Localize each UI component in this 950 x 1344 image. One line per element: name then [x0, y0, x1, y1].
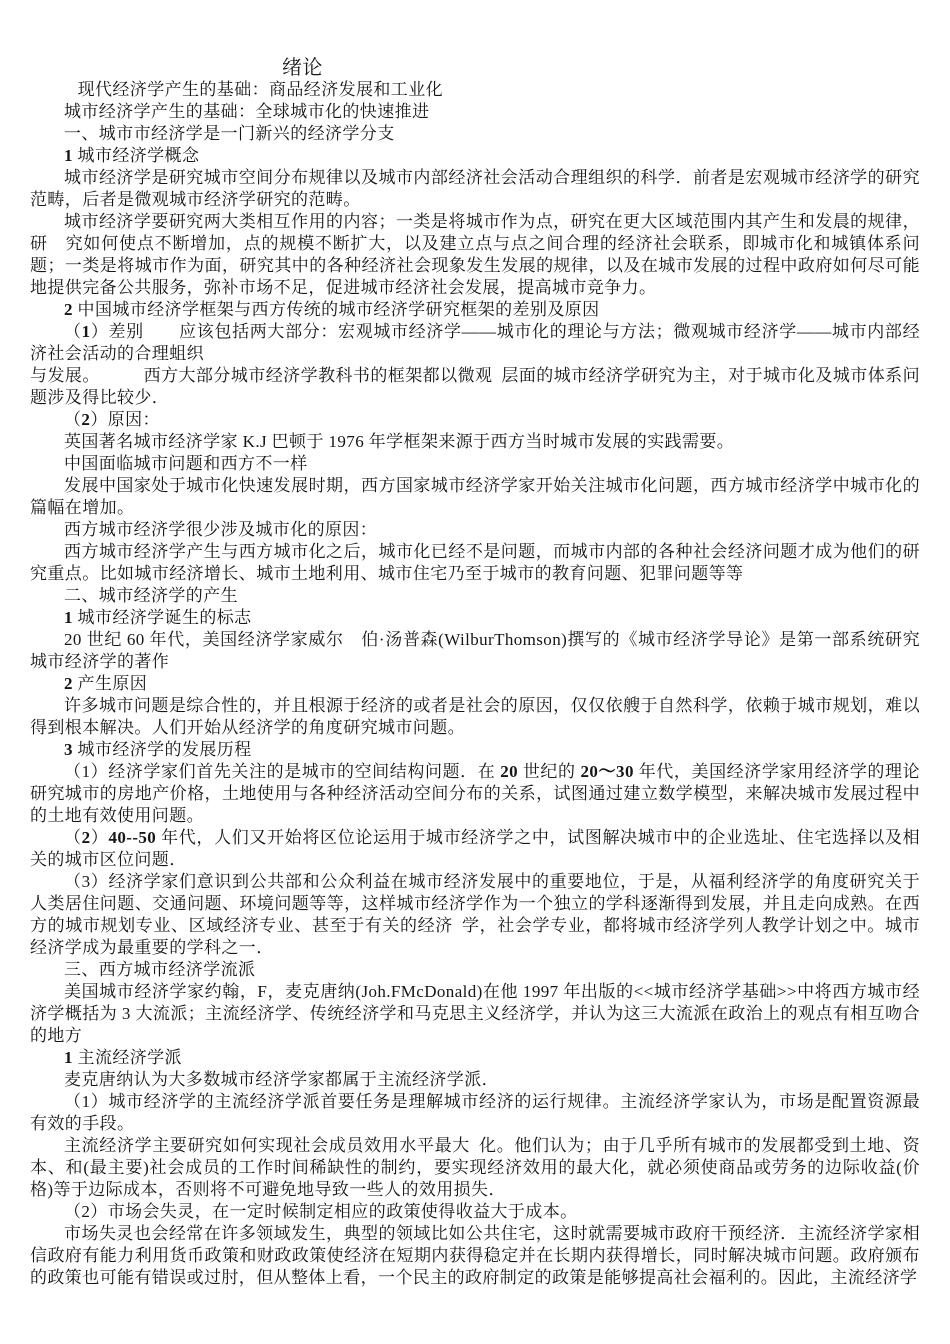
- paragraph: （2）40--50 年代，人们又开始将区位论运用于城市经济学之中，试图解决城市中…: [30, 827, 920, 871]
- text-run: 绪论: [282, 57, 323, 79]
- paragraph: 城市经济学要研究两大类相互作用的内容；一类是将城市作为点，研究在更大区域范围内其…: [30, 211, 920, 299]
- text-run: （1）经济学家们首先关注的是城市的空间结构问题．在: [64, 762, 500, 781]
- text-run: 中国城市经济学框架与西方传统的城市经济学研究框架的差别及原因: [73, 300, 600, 319]
- bold-text-run: 1: [64, 146, 73, 165]
- text-run: 年代，人们又开始将区位论运用于城市经济学之中，试图解决城市中的企业选址、住宅选择…: [30, 828, 920, 869]
- paragraph: 发展中国家处于城市化快速发展时期，西方国家城市经济学家开始关注城市化问题，西方城…: [30, 475, 920, 519]
- text-run: （: [64, 410, 81, 429]
- text-run: 西方城市经济学很少涉及城市化的原因：: [64, 520, 377, 539]
- text-run: 一、城市市经济学是一门新兴的经济学分支: [64, 124, 395, 143]
- text-run: 主流经济学派: [73, 1048, 182, 1067]
- paragraph: 英国著名城市经济学家 K.J 巴顿于 1976 年学框架来源于西方当时城市发展的…: [30, 431, 920, 453]
- paragraph: 城市经济学产生的基础：全球城市化的快速推进: [30, 101, 920, 123]
- text-run: ）原因：: [90, 410, 160, 429]
- section-heading: 3 城市经济学的发展历程: [30, 739, 920, 761]
- section-heading: 1 主流经济学派: [30, 1047, 920, 1069]
- text-run: （2）市场会失灵，在一定时候制定相应的政策使得收益大于成本。: [64, 1202, 578, 1221]
- paragraph: 市场失灵也会经常在许多领域发生，典型的领域比如公共住宅，这时就需要城市政府干预经…: [30, 1223, 920, 1289]
- section-heading: 2 产生原因: [30, 673, 920, 695]
- text-run: 产生原因: [73, 674, 147, 693]
- paragraph: 许多城市问题是综合性的，并且根源于经济的或者是社会的原因，仅仅依艘于自然科学，依…: [30, 695, 920, 739]
- paragraph: （2）市场会失灵，在一定时候制定相应的政策使得收益大于成本。: [30, 1201, 920, 1223]
- paragraph: 中国面临城市问题和西方不一样: [30, 453, 920, 475]
- paragraph: 西方城市经济学很少涉及城市化的原因：: [30, 519, 920, 541]
- paragraph: （1）城市经济学的主流经济学派首要任务是理解城市经济的运行规律。主流经济学家认为…: [30, 1091, 920, 1135]
- text-run: 中国面临城市问题和西方不一样: [64, 454, 308, 473]
- text-run: 城市经济学要研究两大类相互作用的内容；一类是将城市作为点，研究在更大区域范围内其…: [30, 212, 920, 297]
- paragraph: （3）经济学家们意识到公共部和公众利益在城市经济发展中的重要地位，于是，从福利经…: [30, 871, 920, 959]
- document-body: 绪论现代经济学产生的基础：商品经济发展和工业化城市经济学产生的基础：全球城市化的…: [30, 57, 920, 1289]
- text-run: 许多城市问题是综合性的，并且根源于经济的或者是社会的原因，仅仅依艘于自然科学，依…: [30, 696, 920, 737]
- text-run: （: [64, 828, 82, 847]
- paragraph: 麦克唐纳认为大多数城市经济学家都属于主流经济学派．: [30, 1069, 920, 1091]
- bold-text-run: 2: [64, 674, 73, 693]
- text-run: 麦克唐纳认为大多数城市经济学家都属于主流经济学派．: [64, 1070, 499, 1089]
- text-run: 现代经济学产生的基础：商品经济发展和工业化: [78, 80, 443, 99]
- section-heading: 2 中国城市经济学框架与西方传统的城市经济学研究框架的差别及原因: [30, 299, 920, 321]
- paragraph: 西方城市经济学产生与西方城市化之后，城市化已经不是问题，而城市内部的各种社会经济…: [30, 541, 920, 585]
- text-run: 20 世纪 60 年代，美国经济学家威尔 伯·汤普森(WilburThomson…: [30, 630, 920, 671]
- text-run: 城市经济学产生的基础：全球城市化的快速推进: [64, 102, 429, 121]
- section-heading: 二、城市经济学的产生: [30, 585, 920, 607]
- text-run: （3）经济学家们意识到公共部和公众利益在城市经济发展中的重要地位，于是，从福利经…: [30, 872, 920, 957]
- text-run: 英国著名城市经济学家 K.J 巴顿于 1976 年学框架来源于西方当时城市发展的…: [64, 432, 734, 451]
- bold-text-run: 2: [82, 828, 91, 847]
- paragraph: （1）差别 应该包括两大部分：宏观城市经济学——城市化的理论与方法；微观城市经济…: [30, 321, 920, 365]
- bold-text-run: 1: [64, 1048, 73, 1067]
- paragraph: 20 世纪 60 年代，美国经济学家威尔 伯·汤普森(WilburThomson…: [30, 629, 920, 673]
- section-heading: 1 城市经济学诞生的标志: [30, 607, 920, 629]
- bold-text-run: 1: [82, 322, 91, 341]
- paragraph: （1）经济学家们首先关注的是城市的空间结构问题．在 20 世纪的 20～30 年…: [30, 761, 920, 827]
- paragraph: 现代经济学产生的基础：商品经济发展和工业化: [30, 79, 920, 101]
- document-page: 绪论现代经济学产生的基础：商品经济发展和工业化城市经济学产生的基础：全球城市化的…: [0, 0, 950, 1344]
- section-heading: 三、西方城市经济学流派: [30, 959, 920, 981]
- section-heading: 1 城市经济学概念: [30, 145, 920, 167]
- bold-text-run: 1: [64, 608, 73, 627]
- text-run: 美国城市经济学家约翰，F，麦克唐纳(Joh.FMcDonald)在他 1997 …: [30, 982, 920, 1045]
- bold-text-run: 3: [64, 740, 73, 759]
- section-heading: 一、城市市经济学是一门新兴的经济学分支: [30, 123, 920, 145]
- text-run: （: [64, 322, 82, 341]
- text-run: 城市经济学概念: [73, 146, 199, 165]
- paragraph: （2）原因：: [30, 409, 920, 431]
- text-run: ）: [91, 828, 109, 847]
- bold-text-run: 20～30: [580, 762, 633, 781]
- text-run: 世纪的: [518, 762, 580, 781]
- paragraph: 城市经济学是研究城市空间分布规律以及城市内部经济社会活动合理组织的科学．前者是宏…: [30, 167, 920, 211]
- text-run: ）差别 应该包括两大部分：宏观城市经济学——城市化的理论与方法；微观城市经济学—…: [30, 322, 920, 363]
- bold-text-run: 2: [64, 300, 73, 319]
- text-run: 城市经济学诞生的标志: [73, 608, 252, 627]
- bold-text-run: 20: [500, 762, 518, 781]
- text-run: 与发展。 西方大部分城市经济学教科书的框架都以微观 层面的城市经济学研究为主，对…: [30, 366, 920, 407]
- paragraph: 主流经济学主要研究如何实现社会成员效用水平最大 化。他们认为；由于几乎所有城市的…: [30, 1135, 920, 1201]
- paragraph: 美国城市经济学家约翰，F，麦克唐纳(Joh.FMcDonald)在他 1997 …: [30, 981, 920, 1047]
- paragraph: 与发展。 西方大部分城市经济学教科书的框架都以微观 层面的城市经济学研究为主，对…: [30, 365, 920, 409]
- text-run: 城市经济学是研究城市空间分布规律以及城市内部经济社会活动合理组织的科学．前者是宏…: [30, 168, 920, 209]
- bold-text-run: 40--50: [108, 828, 156, 847]
- text-run: 三、西方城市经济学流派: [64, 960, 255, 979]
- text-run: 主流经济学主要研究如何实现社会成员效用水平最大 化。他们认为；由于几乎所有城市的…: [30, 1136, 920, 1199]
- doc-title: 绪论: [30, 57, 920, 79]
- bold-text-run: 2: [81, 410, 90, 429]
- text-run: 西方城市经济学产生与西方城市化之后，城市化已经不是问题，而城市内部的各种社会经济…: [30, 542, 920, 583]
- text-run: 市场失灵也会经常在许多领域发生，典型的领域比如公共住宅，这时就需要城市政府干预经…: [30, 1224, 920, 1287]
- text-run: 二、城市经济学的产生: [64, 586, 238, 605]
- text-run: （1）城市经济学的主流经济学派首要任务是理解城市经济的运行规律。主流经济学家认为…: [30, 1092, 920, 1133]
- text-run: 城市经济学的发展历程: [73, 740, 252, 759]
- text-run: 发展中国家处于城市化快速发展时期，西方国家城市经济学家开始关注城市化问题，西方城…: [30, 476, 920, 517]
